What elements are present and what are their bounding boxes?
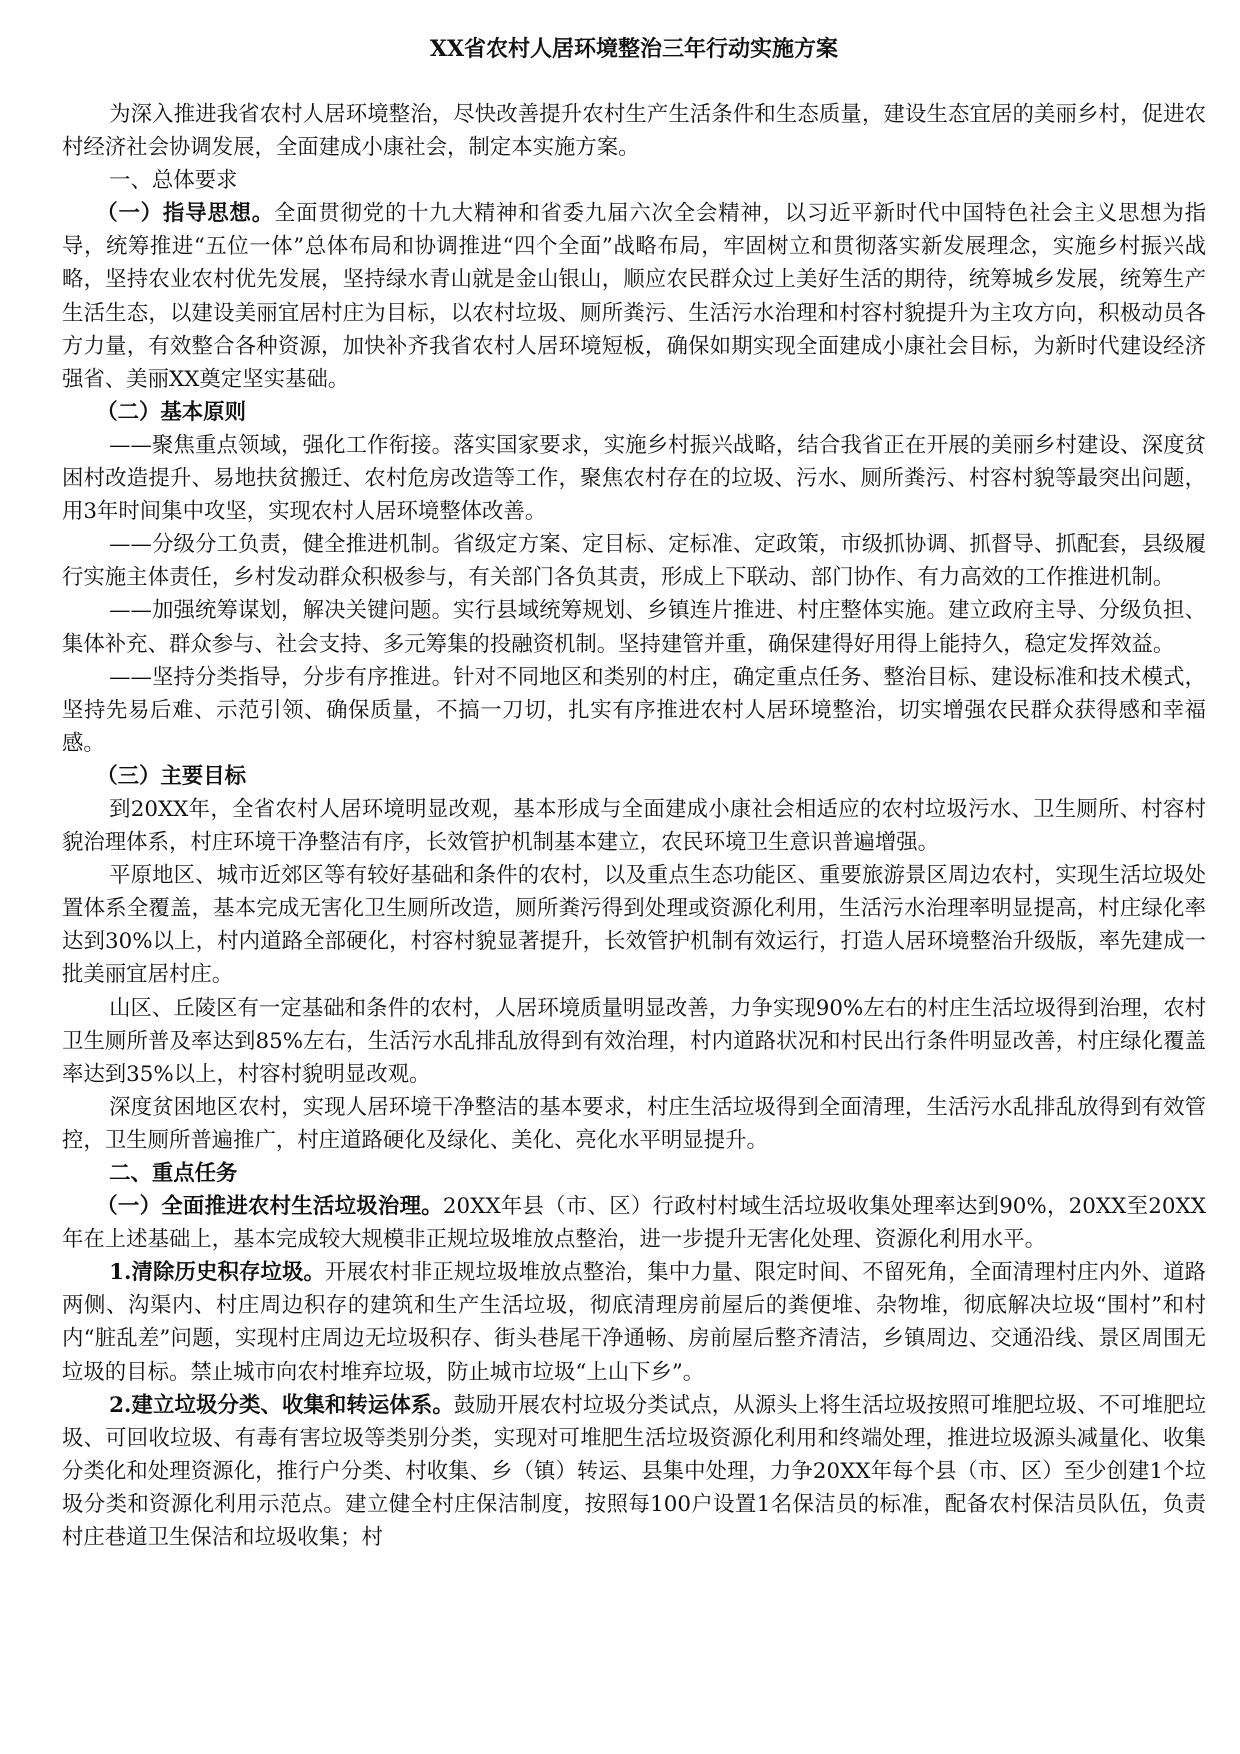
- principle-paragraph: ——聚焦重点领域，强化工作衔接。落实国家要求，实施乡村振兴战略，结合我省正在开展…: [62, 429, 1206, 528]
- subsection-heading-basic-principles: （二）基本原则: [62, 396, 1206, 429]
- principle-paragraph: ——分级分工负责，健全推进机制。省级定方案、定目标、定标准、定政策，市级抓协调、…: [62, 528, 1206, 594]
- goal-paragraph: 平原地区、城市近郊区等有较好基础和条件的农村，以及重点生态功能区、重要旅游景区周…: [62, 859, 1206, 991]
- task-item-heading: 2.建立垃圾分类、收集和转运体系。: [109, 1393, 454, 1418]
- task-item-paragraph: 2.建立垃圾分类、收集和转运体系。鼓励开展农村垃圾分类试点，从源头上将生活垃圾按…: [62, 1389, 1206, 1554]
- task-item-paragraph: 1.清除历史积存垃圾。开展农村非正规垃圾堆放点整治，集中力量、限定时间、不留死角…: [62, 1256, 1206, 1388]
- document-page: XX省农村人居环境整治三年行动实施方案 为深入推进我省农村人居环境整治，尽快改善…: [62, 33, 1206, 1554]
- task-item-heading: 1.清除历史积存垃圾。: [109, 1260, 325, 1285]
- document-title: XX省农村人居环境整治三年行动实施方案: [62, 33, 1206, 65]
- section-heading-key-tasks: 二、重点任务: [62, 1157, 1206, 1190]
- intro-paragraph: 为深入推进我省农村人居环境整治，尽快改善提升农村生产生活条件和生态质量，建设生态…: [62, 98, 1206, 164]
- garbage-governance-paragraph: （一）全面推进农村生活垃圾治理。20XX年县（市、区）行政村村域生活垃圾收集处理…: [62, 1190, 1206, 1256]
- guiding-ideology-body: 全面贯彻党的十九大精神和省委九届六次全会精神，以习近平新时代中国特色社会主义思想…: [62, 201, 1206, 391]
- principle-paragraph: ——坚持分类指导，分步有序推进。针对不同地区和类别的村庄，确定重点任务、整治目标…: [62, 661, 1206, 760]
- goal-paragraph: 山区、丘陵区有一定基础和条件的农村，人居环境质量明显改善，力争实现90%左右的村…: [62, 992, 1206, 1091]
- goal-paragraph: 到20XX年，全省农村人居环境明显改观，基本形成与全面建成小康社会相适应的农村垃…: [62, 793, 1206, 859]
- guiding-ideology-paragraph: （一）指导思想。全面贯彻党的十九大精神和省委九届六次全会精神，以习近平新时代中国…: [62, 197, 1206, 396]
- principle-paragraph: ——加强统筹谋划，解决关键问题。实行县域统筹规划、乡镇连片推进、村庄整体实施。建…: [62, 594, 1206, 660]
- section-heading-general-requirements: 一、总体要求: [62, 164, 1206, 197]
- subsection-heading-guiding-ideology: （一）指导思想。: [96, 201, 274, 226]
- subsection-heading-garbage-governance: （一）全面推进农村生活垃圾治理。: [96, 1194, 443, 1219]
- goal-paragraph: 深度贫困地区农村，实现人居环境干净整洁的基本要求，村庄生活垃圾得到全面清理，生活…: [62, 1091, 1206, 1157]
- subsection-heading-main-goals: （三）主要目标: [62, 760, 1206, 793]
